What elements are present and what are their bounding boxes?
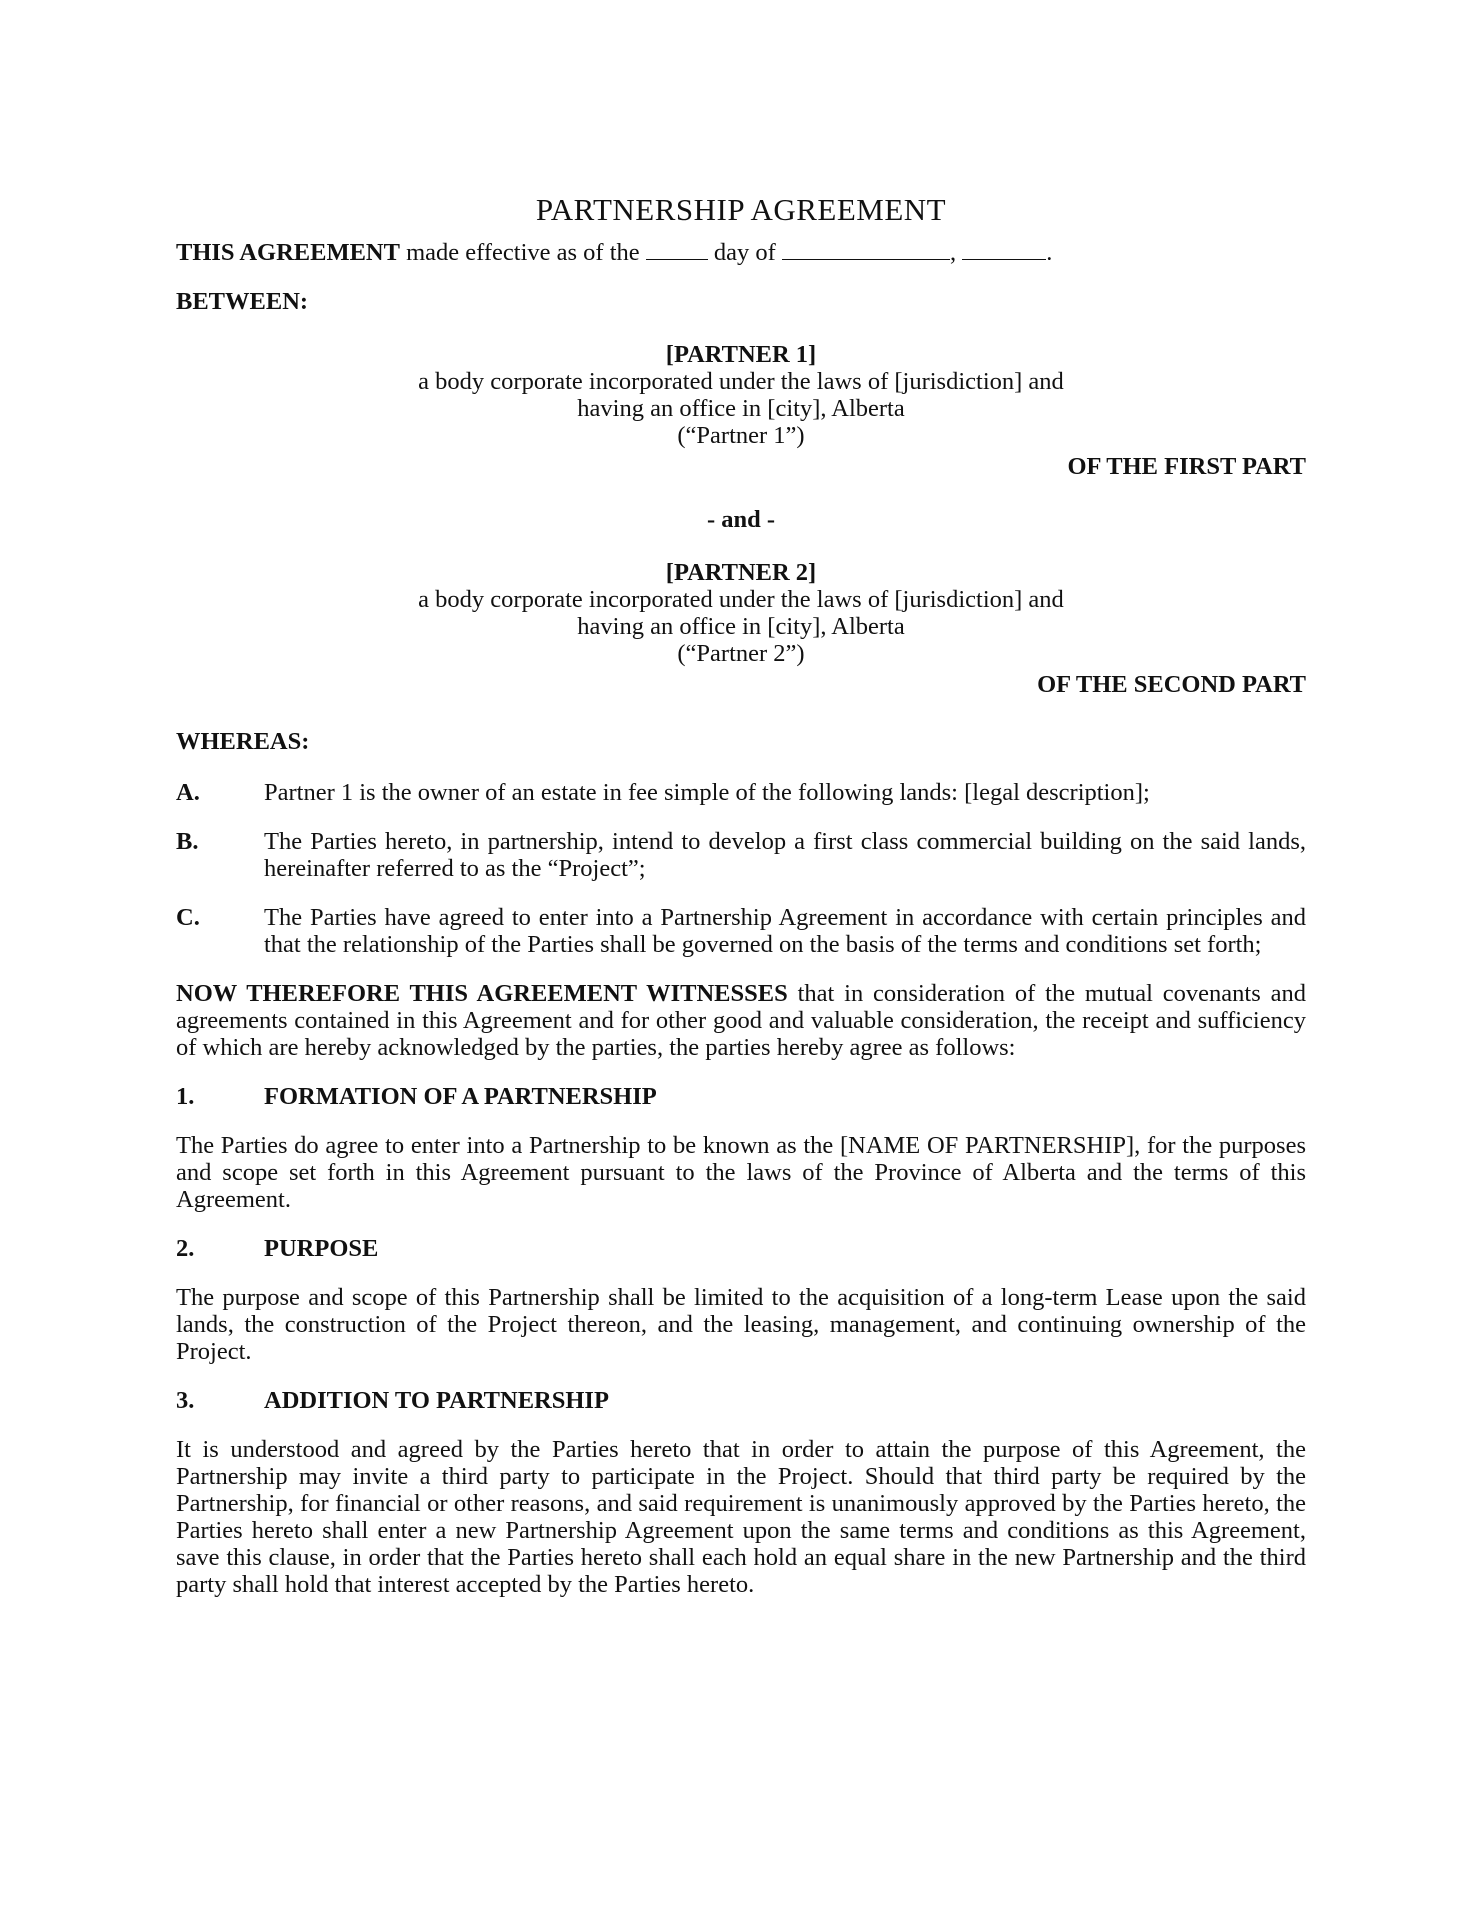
- intro-text-4: .: [1046, 239, 1052, 266]
- recital-item: C. The Parties have agreed to enter into…: [176, 904, 1306, 958]
- party-2-line-1: a body corporate incorporated under the …: [176, 586, 1306, 613]
- recital-label: C.: [176, 904, 264, 958]
- intro-text-2: day of: [708, 239, 782, 266]
- section-number: 3.: [176, 1387, 264, 1414]
- between-label: BETWEEN:: [176, 288, 1306, 315]
- witness-lead: NOW THEREFORE THIS AGREEMENT WITNESSES: [176, 980, 788, 1007]
- section-number: 2.: [176, 1235, 264, 1262]
- recital-item: A. Partner 1 is the owner of an estate i…: [176, 779, 1306, 806]
- recital-label: A.: [176, 779, 264, 806]
- month-blank-field[interactable]: [782, 239, 950, 260]
- section-body: The purpose and scope of this Partnershi…: [176, 1284, 1306, 1365]
- party-2-line-2: having an office in [city], Alberta: [176, 613, 1306, 640]
- day-blank-field[interactable]: [646, 239, 708, 260]
- section-body: It is understood and agreed by the Parti…: [176, 1436, 1306, 1598]
- intro-lead: THIS AGREEMENT: [176, 239, 400, 266]
- document-content: PARTNERSHIP AGREEMENT THIS AGREEMENT mad…: [176, 196, 1306, 1620]
- witness-clause: NOW THEREFORE THIS AGREEMENT WITNESSES t…: [176, 980, 1306, 1061]
- party-1-name: [PARTNER 1]: [176, 341, 1306, 368]
- intro-text-1: made effective as of the: [400, 239, 646, 266]
- document-title: PARTNERSHIP AGREEMENT: [176, 196, 1306, 223]
- recital-text: The Parties hereto, in partnership, inte…: [264, 828, 1306, 882]
- agreement-intro: THIS AGREEMENT made effective as of the …: [176, 239, 1306, 266]
- recital-item: B. The Parties hereto, in partnership, i…: [176, 828, 1306, 882]
- recital-text: Partner 1 is the owner of an estate in f…: [264, 779, 1306, 806]
- year-blank-field[interactable]: [962, 239, 1046, 260]
- intro-text-3: ,: [950, 239, 962, 266]
- section-title: ADDITION TO PARTNERSHIP: [264, 1387, 609, 1414]
- section-body: The Parties do agree to enter into a Par…: [176, 1132, 1306, 1213]
- recital-label: B.: [176, 828, 264, 882]
- section-heading: 1. FORMATION OF A PARTNERSHIP: [176, 1083, 1306, 1110]
- party-1-block: [PARTNER 1] a body corporate incorporate…: [176, 341, 1306, 449]
- party-1-alias: (“Partner 1”): [176, 422, 1306, 449]
- recital-text: The Parties have agreed to enter into a …: [264, 904, 1306, 958]
- party-1-part-label: OF THE FIRST PART: [176, 453, 1306, 480]
- party-1-line-1: a body corporate incorporated under the …: [176, 368, 1306, 395]
- party-1-line-2: having an office in [city], Alberta: [176, 395, 1306, 422]
- section-heading: 2. PURPOSE: [176, 1235, 1306, 1262]
- whereas-label: WHEREAS:: [176, 728, 1306, 755]
- document-page: PARTNERSHIP AGREEMENT THIS AGREEMENT mad…: [0, 0, 1483, 1920]
- section-title: FORMATION OF A PARTNERSHIP: [264, 1083, 657, 1110]
- section-number: 1.: [176, 1083, 264, 1110]
- section-title: PURPOSE: [264, 1235, 378, 1262]
- party-2-alias: (“Partner 2”): [176, 640, 1306, 667]
- party-2-name: [PARTNER 2]: [176, 559, 1306, 586]
- party-2-block: [PARTNER 2] a body corporate incorporate…: [176, 559, 1306, 667]
- and-separator: - and -: [176, 506, 1306, 533]
- party-2-part-label: OF THE SECOND PART: [176, 671, 1306, 698]
- section-heading: 3. ADDITION TO PARTNERSHIP: [176, 1387, 1306, 1414]
